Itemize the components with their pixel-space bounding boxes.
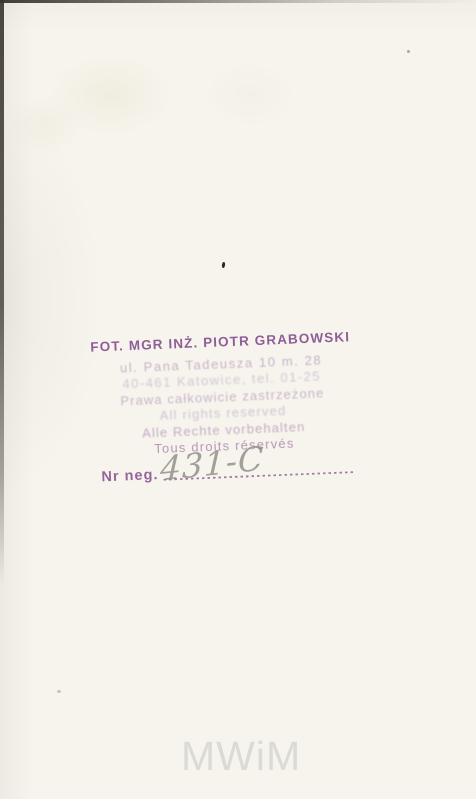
paper-speck bbox=[222, 262, 226, 268]
paper-speck bbox=[407, 50, 410, 53]
paper-edge-top bbox=[0, 0, 476, 3]
negative-number-label: Nr neg. bbox=[101, 467, 159, 485]
photo-back-scan: FOT. MGR INŻ. PIOTR GRABOWSKI ul. Pana T… bbox=[0, 0, 476, 799]
paper-speck bbox=[57, 690, 61, 693]
mwim-watermark: MWiM bbox=[181, 733, 301, 780]
paper-edge-left bbox=[0, 0, 4, 610]
